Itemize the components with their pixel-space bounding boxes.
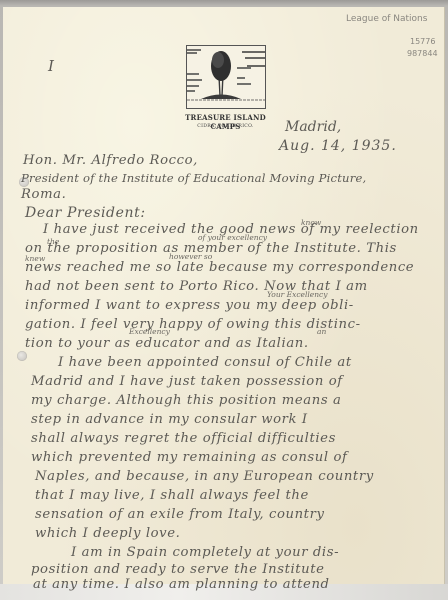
punch-hole-bottom	[17, 351, 27, 361]
body-line-14: Naples, and because, in any European cou…	[35, 469, 374, 484]
body-line-2: on the proposition as member of the Inst…	[25, 241, 397, 256]
body-line-13: which prevented my remaining as consul o…	[31, 450, 348, 465]
body-line-18: I am in Spain completely at your dis-	[71, 545, 339, 560]
body-line-8: I have been appointed consul of Chile at	[58, 355, 352, 370]
page-marker: I	[48, 57, 54, 75]
dateline-place: Madrid,	[285, 119, 341, 135]
archive-collection-note: League of Nations	[346, 14, 427, 24]
addressee-name: Hon. Mr. Alfredo Rocco,	[23, 153, 198, 168]
body-line-4: had not been sent to Porto Rico. Now tha…	[25, 279, 368, 294]
body-line-7: tion to your as educator and as Italian.	[25, 336, 309, 351]
body-line-17: which I deeply love.	[35, 526, 180, 541]
dateline-date: Aug. 14, 1935.	[279, 138, 397, 154]
letterhead-location: CIDRA, PORTO RICO.	[173, 124, 278, 129]
body-line-3: news reached me so late because my corre…	[25, 260, 414, 275]
body-line-10: my charge. Although this position means …	[31, 393, 341, 408]
body-line-11: step in advance in my consular work I	[31, 412, 308, 427]
body-line-6: gation. I feel very happy of owing this …	[25, 317, 361, 332]
body-line-16: sensation of an exile from Italy, countr…	[35, 507, 325, 522]
palm-tree-island-icon	[186, 45, 266, 109]
body-line-19: position and ready to serve the Institut…	[31, 562, 325, 577]
addressee-title: President of the Institute of Educationa…	[21, 171, 366, 185]
body-line-12: shall always regret the official difficu…	[31, 431, 336, 446]
addressee-city: Roma.	[21, 187, 66, 202]
letter-page: League of Nations 15776 987844 I TREASUR…	[3, 7, 444, 584]
archive-number-1: 15776	[410, 37, 435, 46]
body-line-5: informed I want to express you my deep o…	[25, 298, 354, 313]
archive-number-2: 987844	[407, 49, 438, 58]
body-line-9: Madrid and I have just taken possession …	[31, 374, 343, 389]
body-line-1: I have just received the good news of my…	[43, 222, 419, 237]
salutation: Dear President:	[25, 205, 146, 221]
body-line-15: that I may live, I shall always feel the	[35, 488, 309, 503]
body-line-20: at any time. I also am planning to atten…	[33, 577, 330, 592]
